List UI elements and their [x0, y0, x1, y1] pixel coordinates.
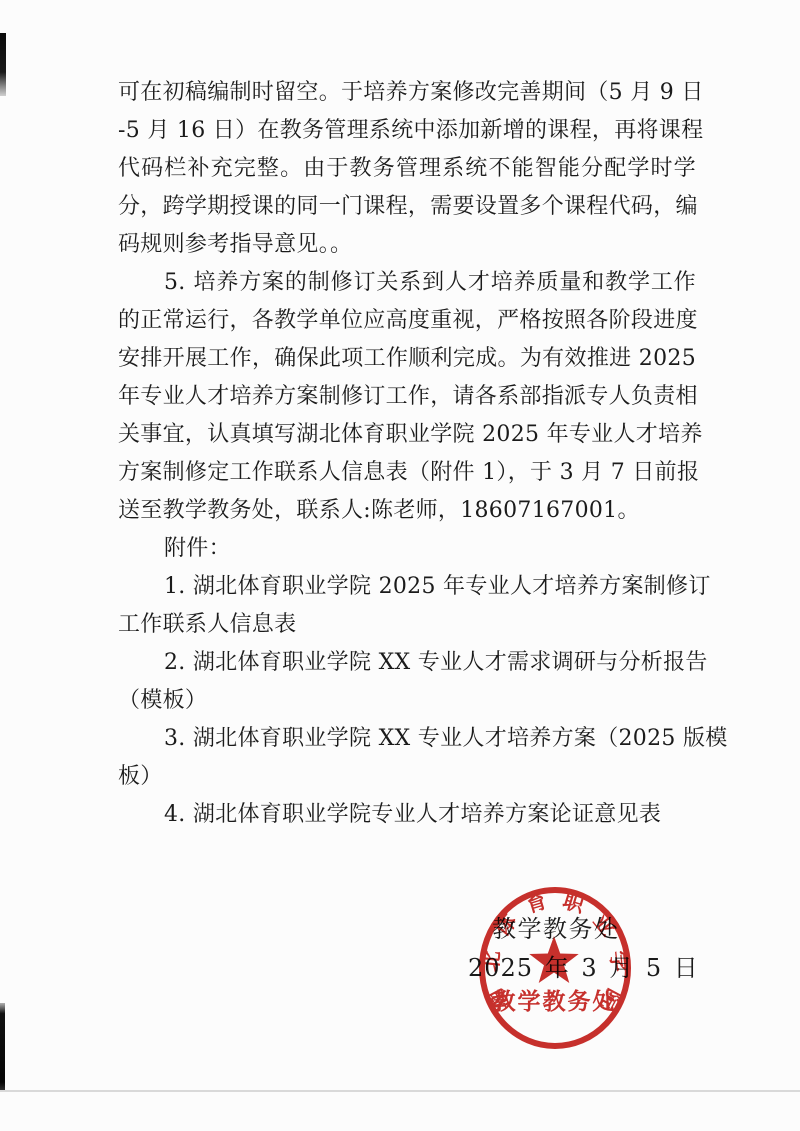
seal-office-label: 教学教务处 — [493, 988, 618, 1015]
attachment-item: 1. 湖北体育职业学院 2025 年专业人才培养方案制修订 — [118, 568, 696, 606]
text-line: 分，跨学期授课的同一门课程，需要设置多个课程代码，编 — [118, 188, 696, 226]
text-line: 关事宜，认真填写湖北体育职业学院 2025 年专业人才培养 — [118, 416, 696, 454]
text-line: 码规则参考指导意见。。 — [118, 226, 696, 264]
attachment-item: 2. 湖北体育职业学院 XX 专业人才需求调研与分析报告 — [118, 644, 696, 682]
document-page: 可在初稿编制时留空。于培养方案修改完善期间（5 月 9 日 -5 月 16 日）… — [0, 0, 800, 1131]
attachment-item: （模板） — [118, 682, 696, 720]
text-line: 可在初稿编制时留空。于培养方案修改完善期间（5 月 9 日 — [118, 74, 696, 112]
page-edge-shadow — [0, 1090, 800, 1092]
signature-date: 2025 年 3 月 5 日 — [468, 954, 699, 982]
attachment-item: 4. 湖北体育职业学院专业人才培养方案论证意见表 — [118, 796, 696, 834]
scan-artifact-top-left — [0, 33, 6, 96]
seal-arc-char: 职 — [560, 887, 588, 917]
text-line: 安排开展工作，确保此项工作顺利完成。为有效推进 2025 — [118, 340, 696, 378]
attachment-item: 3. 湖北体育职业学院 XX 专业人才培养方案（2025 版模 — [118, 720, 696, 758]
text-line: -5 月 16 日）在教务管理系统中添加新增的课程，再将课程 — [118, 112, 696, 150]
attachment-item: 板） — [118, 758, 696, 796]
seal-arc-char: 院 — [596, 985, 628, 1015]
attachments-heading: 附件： — [118, 530, 696, 568]
seal-arc-char: 育 — [523, 887, 550, 917]
text-line: 年专业人才培养方案制修订工作，请各系部指派专人负责相 — [118, 378, 696, 416]
text-line: 的正常运行，各教学单位应高度重视，严格按照各阶段进度 — [118, 302, 696, 340]
text-line: 送至教学教务处，联系人:陈老师，18607167001。 — [118, 492, 696, 530]
signature-office: 教学教务处 — [492, 915, 620, 943]
text-line: 代码栏补充完整。由于教务管理系统不能智能分配学时学 — [118, 150, 696, 188]
body-text: 可在初稿编制时留空。于培养方案修改完善期间（5 月 9 日 -5 月 16 日）… — [118, 74, 696, 834]
scan-artifact-bottom-left — [0, 1003, 5, 1091]
text-line: 5. 培养方案的制修订关系到人才培养质量和教学工作 — [118, 264, 696, 302]
attachment-item: 工作联系人信息表 — [118, 606, 696, 644]
seal-arc-char: 湖 — [482, 985, 514, 1015]
text-line: 方案制修定工作联系人信息表（附件 1），于 3 月 7 日前报 — [118, 454, 696, 492]
